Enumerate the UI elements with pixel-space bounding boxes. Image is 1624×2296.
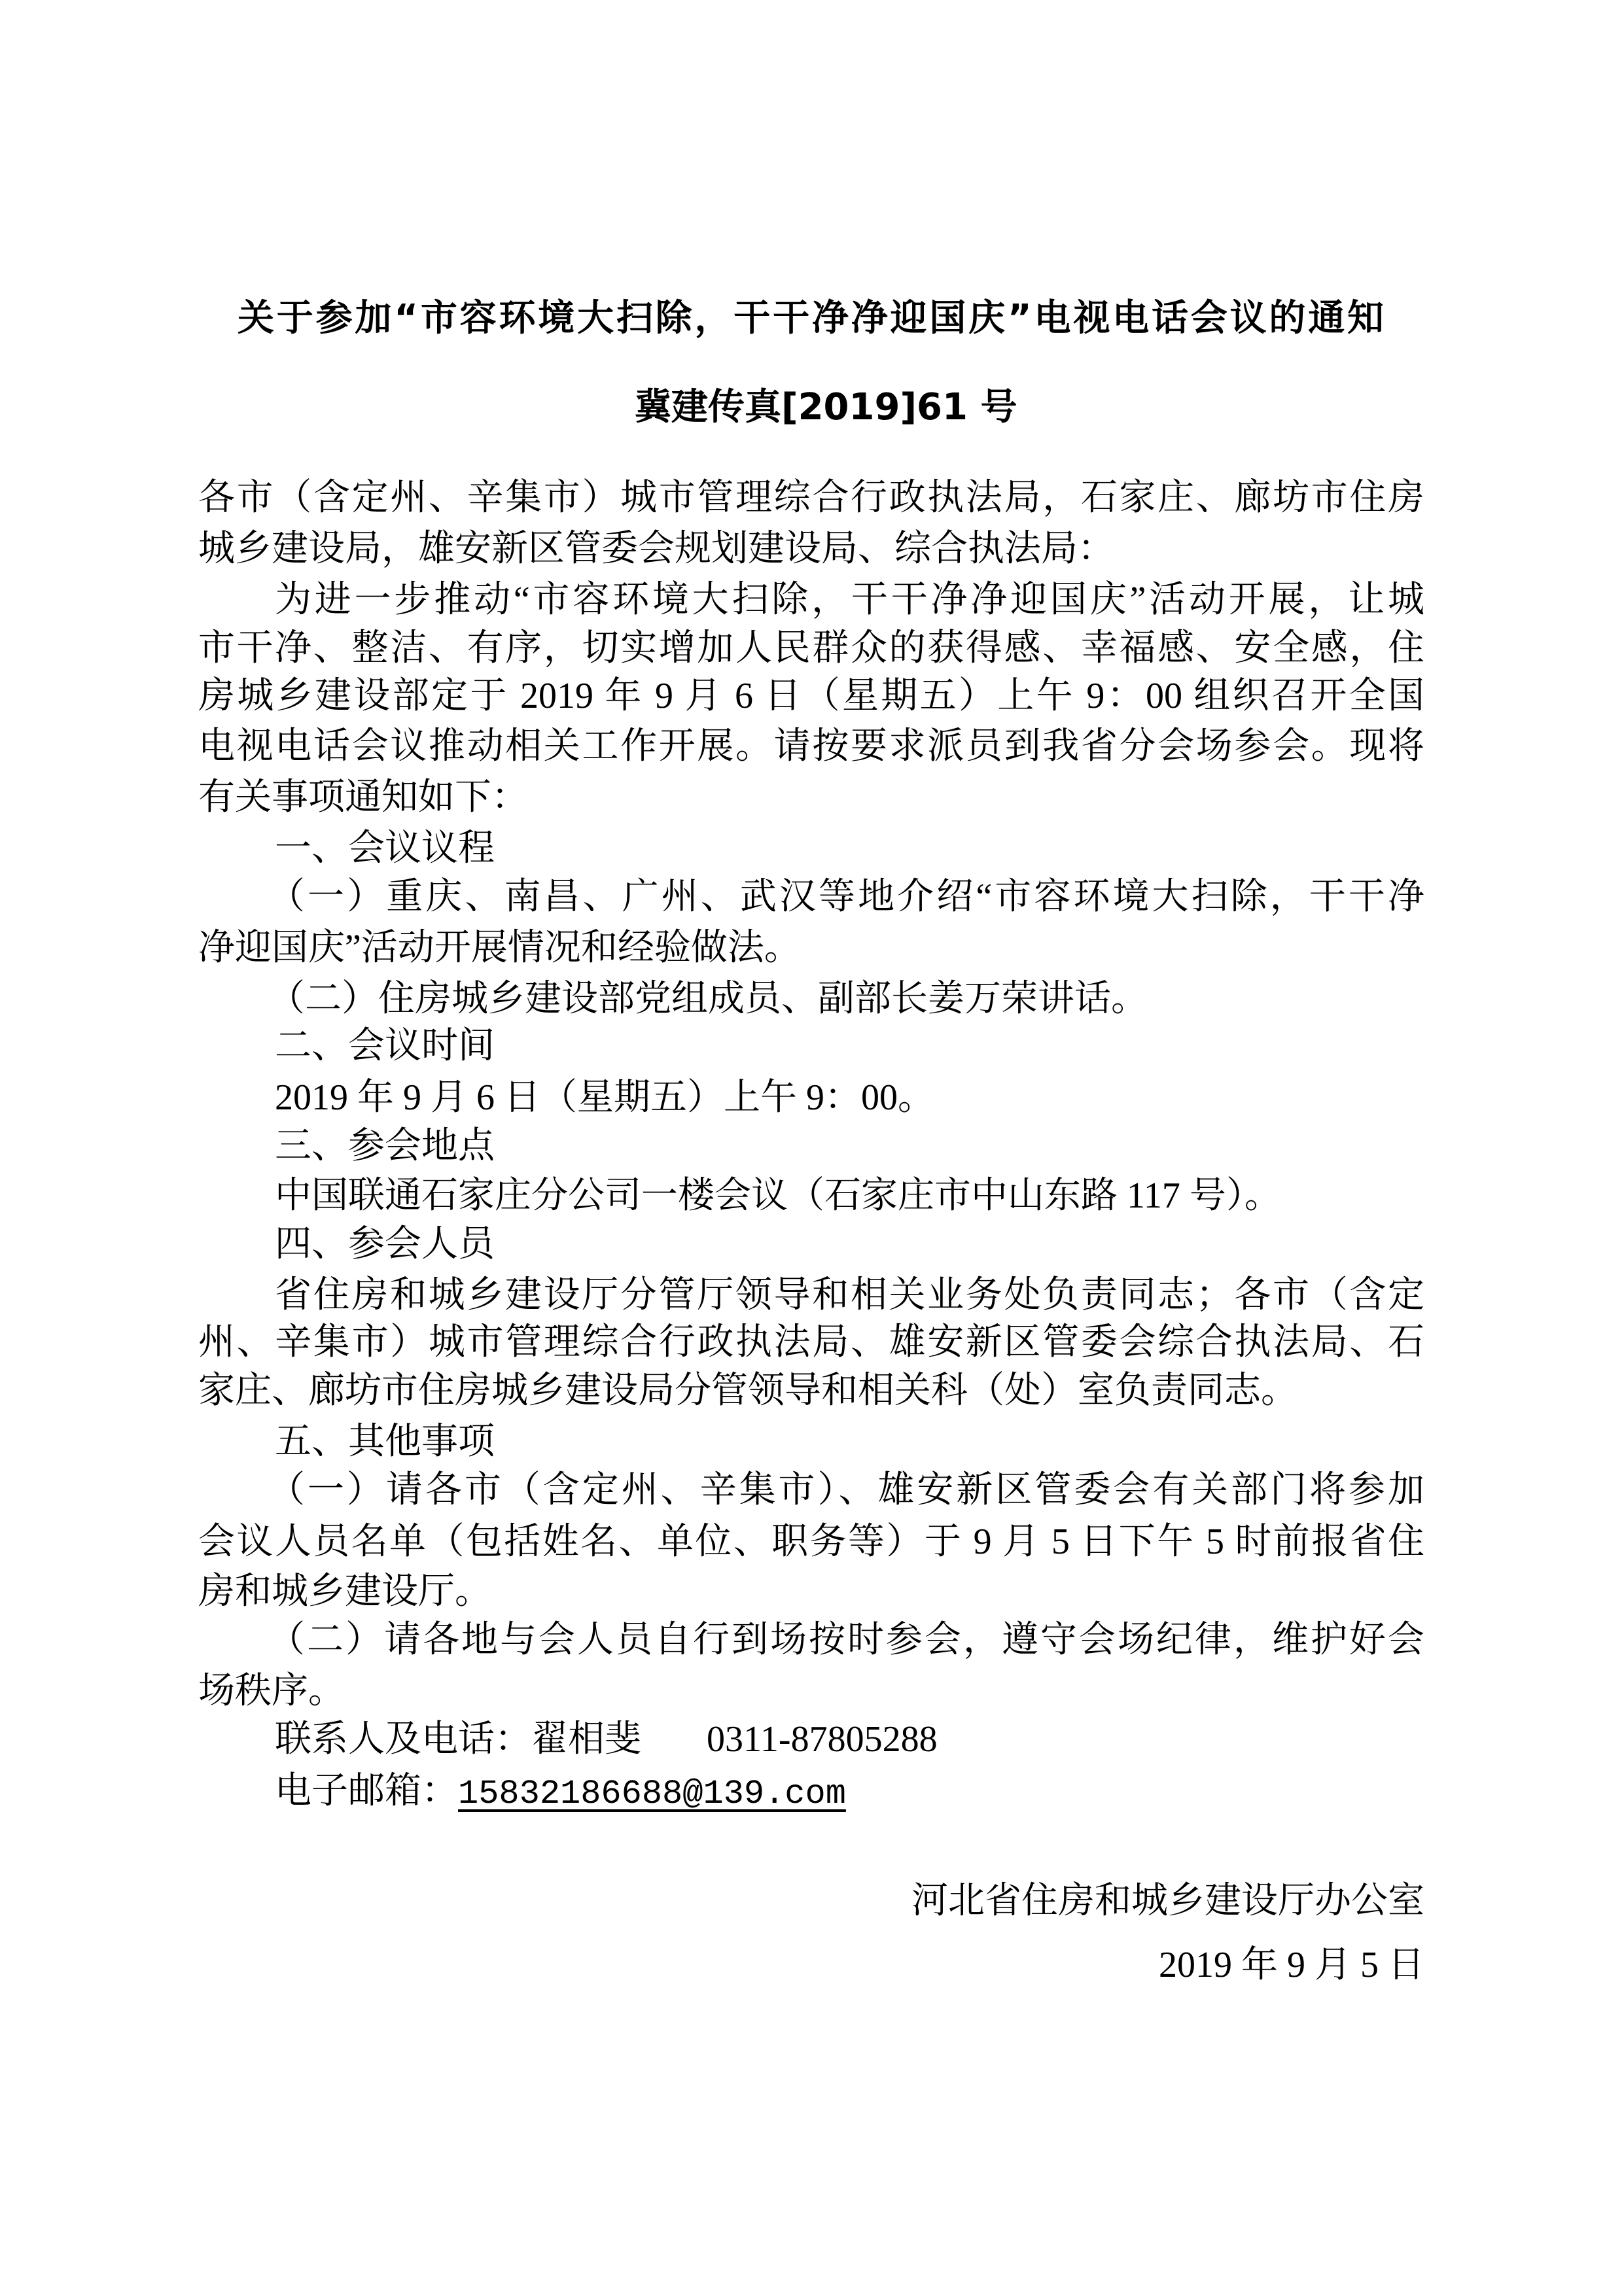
contact-line: 联系人及电话：翟相斐0311-87805288 [275,1718,1424,1761]
meeting-location: 中国联通石家庄分公司一楼会议（石家庄市中山东路 117 号）。 [275,1174,1424,1217]
intro-line-1: 为进一步推动“市容环境大扫除，干干净净迎国庆”活动开展，让城 [275,578,1424,621]
issuer-signature: 河北省住房和城乡建设厅办公室 [911,1879,1424,1922]
document-page: 关于参加“市容环境大扫除，干干净净迎国庆”电视电话会议的通知 冀建传真[2019… [0,0,1624,2296]
section-heading-time: 二、会议时间 [275,1024,1424,1068]
addressee-line-1: 各市（含定州、辛集市）城市管理综合行政执法局，石家庄、廊坊市住房 [198,476,1424,519]
section-heading-location: 三、参会地点 [275,1124,1424,1168]
meeting-time: 2019 年 9 月 6 日（星期五）上午 9：00。 [275,1076,1424,1119]
attendees-line-1: 省住房和城乡建设厅分管厅领导和相关业务处负责同志；各市（含定 [275,1274,1424,1317]
other-item-1-line-1: （一）请各市（含定州、辛集市）、雄安新区管委会有关部门将参加 [268,1469,1424,1512]
intro-line-2: 市干净、整洁、有序，切实增加人民群众的获得感、幸福感、安全感，住 [198,627,1424,670]
section-heading-attendees: 四、参会人员 [275,1223,1424,1266]
email-link[interactable]: 15832186688@139.com [458,1775,846,1813]
contact-phone: 0311-87805288 [707,1719,938,1760]
intro-line-3: 房城乡建设部定于 2019 年 9 月 6 日（星期五）上午 9：00 组织召开… [198,674,1424,718]
intro-line-5: 有关事项通知如下： [198,776,1424,819]
email-line: 电子邮箱：15832186688@139.com [275,1769,1424,1813]
agenda-item-1-line-1: （一）重庆、南昌、广州、武汉等地介绍“市容环境大扫除，干干净 [268,875,1424,918]
section-heading-other: 五、其他事项 [275,1420,1424,1463]
other-item-2-line-1: （二）请各地与会人员自行到场按时参会，遵守会场纪律，维护好会 [268,1618,1424,1661]
document-number: 冀建传真[2019]61 号 [635,386,987,429]
addressee-line-2: 城乡建设局，雄安新区管委会规划建设局、综合执法局： [198,527,1424,570]
other-item-1-line-2: 会议人员名单（包括姓名、单位、职务等）于 9 月 5 日下午 5 时前报省住 [198,1520,1424,1563]
intro-line-4: 电视电话会议推动相关工作开展。请按要求派员到我省分会场参会。现将 [198,725,1424,768]
email-label: 电子邮箱： [275,1771,458,1811]
contact-name: 翟相斐 [531,1719,641,1760]
document-title: 关于参加“市容环境大扫除，干干净净迎国庆”电视电话会议的通知 [238,296,1384,341]
agenda-item-2: （二）住房城乡建设部党组成员、副部长姜万荣讲话。 [268,977,1494,1020]
contact-label: 联系人及电话： [275,1719,531,1760]
agenda-item-1-line-2: 净迎国庆”活动开展情况和经验做法。 [198,926,1424,969]
attendees-line-3: 家庄、廊坊市住房城乡建设局分管领导和相关科（处）室负责同志。 [198,1369,1424,1412]
other-item-1-line-3: 房和城乡建设厅。 [198,1570,1424,1613]
attendees-line-2: 州、辛集市）城市管理综合行政执法局、雄安新区管委会综合执法局、石 [198,1321,1424,1364]
section-heading-agenda: 一、会议议程 [275,827,1424,870]
other-item-2-line-2: 场秩序。 [198,1669,1424,1713]
issue-date: 2019 年 9 月 5 日 [1159,1943,1424,1987]
